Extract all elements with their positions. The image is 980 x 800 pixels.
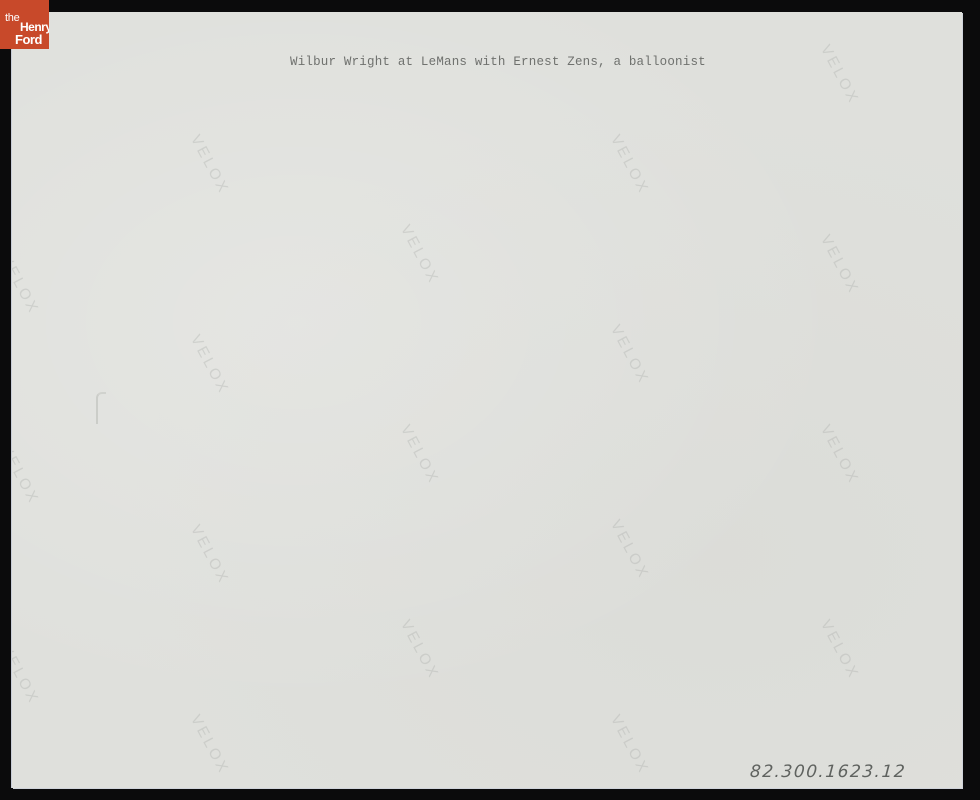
typed-caption: Wilbur Wright at LeMans with Ernest Zens… [290, 55, 706, 69]
velox-watermark: VELOX [397, 617, 443, 682]
photo-back-paper: Wilbur Wright at LeMans with Ernest Zens… [12, 12, 962, 788]
velox-watermark: VELOX [12, 252, 43, 317]
velox-watermark: VELOX [397, 222, 443, 287]
velox-watermark: VELOX [187, 132, 233, 197]
velox-watermark: VELOX [607, 712, 653, 777]
velox-watermark: VELOX [607, 517, 653, 582]
accession-number: 82.300.1623.12 [749, 762, 907, 782]
logo-ford: Ford [15, 33, 42, 46]
velox-watermark: VELOX [817, 42, 863, 107]
velox-watermark: VELOX [187, 522, 233, 587]
logo-the: the [5, 13, 19, 24]
image-viewer: Wilbur Wright at LeMans with Ernest Zens… [0, 0, 980, 800]
velox-watermark: VELOX [187, 332, 233, 397]
velox-watermark: VELOX [397, 422, 443, 487]
velox-watermark: VELOX [817, 422, 863, 487]
velox-watermark: VELOX [817, 617, 863, 682]
velox-watermark: VELOX [607, 132, 653, 197]
henry-ford-logo: the Henry Ford [0, 0, 49, 49]
velox-watermark: VELOX [607, 322, 653, 387]
velox-watermark: VELOX [817, 232, 863, 297]
velox-watermark: VELOX [187, 712, 233, 777]
velox-watermark: VELOX [12, 642, 43, 707]
velox-watermark: VELOX [12, 442, 43, 507]
paper-mark [96, 392, 106, 424]
